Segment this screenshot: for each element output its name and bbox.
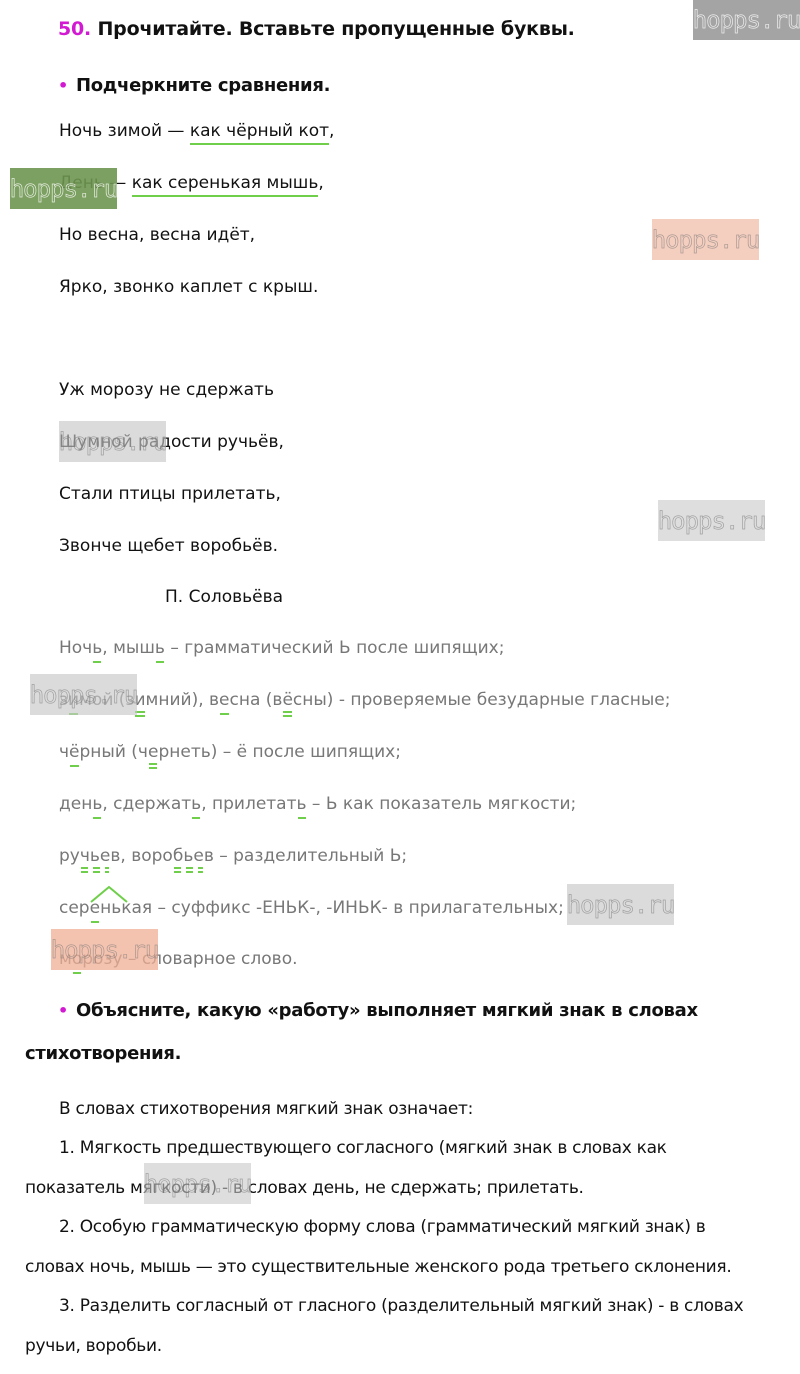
- note-text: в – разделительный Ь;: [204, 846, 407, 866]
- note-text: сны) - проверяемые безударные гласные;: [293, 690, 671, 710]
- exercise-title: 50. Прочитайте. Вставьте пропущенные бук…: [58, 18, 575, 40]
- poem-line: Ярко, звонко каплет с крыш.: [59, 277, 318, 297]
- answer-item-3-cont: ручьи, воробьи.: [25, 1336, 162, 1356]
- marked-letter-double: е: [148, 742, 158, 762]
- note-text: , прилетат: [201, 794, 296, 814]
- marked-letters-dashed: бье: [173, 846, 204, 866]
- exercise-instruction: Прочитайте. Вставьте пропущенные буквы.: [97, 18, 574, 40]
- answer-item-1-cont: показатель мягкости) - в словах день, не…: [25, 1178, 584, 1198]
- answer-item-3: 3. Разделить согласный от гласного (разд…: [59, 1296, 743, 1316]
- watermark: hopps.ru: [51, 929, 158, 970]
- watermark: hopps.ru: [567, 884, 674, 925]
- note-text: – грамматический Ь после шипящих;: [165, 638, 505, 658]
- comparison-underlined: как чёрный кот: [190, 121, 329, 145]
- answer-intro: В словах стихотворения мягкий знак означ…: [59, 1099, 473, 1119]
- comparison-underlined: как серенькая мышь: [132, 173, 319, 197]
- task-text: Объясните, какую «работу» выполняет мягк…: [76, 1000, 698, 1021]
- note-text: , сдержат: [102, 794, 191, 814]
- note-text: ч: [59, 742, 69, 762]
- note-text: – суффикс -ЕНЬК-, -ИНЬК- в прилагательны…: [152, 898, 564, 918]
- task-underline-comparisons: •Подчеркните сравнения.: [58, 75, 330, 96]
- note-text: нькая: [100, 898, 152, 918]
- marked-letter: ь: [297, 794, 307, 814]
- poem-punct: ,: [318, 173, 323, 193]
- note-text: , мыш: [102, 638, 155, 658]
- bullet-icon: •: [58, 76, 68, 95]
- watermark: hopps.ru: [658, 500, 765, 541]
- note-text: сна (в: [230, 690, 283, 710]
- grammar-note: чёрный (чернеть) – ё после шипящих;: [59, 742, 401, 762]
- exercise-number: 50.: [58, 18, 91, 40]
- poem-line: Звонче щебет воробьёв.: [59, 536, 278, 556]
- poem-line: Но весна, весна идёт,: [59, 225, 255, 245]
- watermark: hopps.ru: [59, 421, 166, 462]
- marked-letter: ь: [92, 794, 102, 814]
- task-text-continued: стихотворения.: [25, 1043, 181, 1064]
- watermark: hopps.ru: [10, 168, 117, 209]
- note-text: сер: [59, 898, 90, 918]
- marked-letter: е: [219, 690, 229, 710]
- note-text: в, воро: [110, 846, 172, 866]
- note-text: Ноч: [59, 638, 92, 658]
- task-text: Подчеркните сравнения.: [76, 75, 330, 96]
- note-text: мний), в: [146, 690, 220, 710]
- note-text: рный (ч: [80, 742, 148, 762]
- grammar-note: день, сдержать, прилетать – Ь как показа…: [59, 794, 576, 814]
- watermark: hopps.ru: [693, 0, 800, 40]
- answer-item-2-cont: словах ночь, мышь — это существительные …: [25, 1257, 731, 1277]
- note-text: – Ь как показатель мягкости;: [307, 794, 577, 814]
- watermark: hopps.ru: [144, 1163, 251, 1204]
- grammar-note: зимой (зимний), весна (вёсны) - проверяе…: [59, 690, 670, 710]
- watermark: hopps.ru: [652, 219, 759, 260]
- poem-line: Уж морозу не сдержать: [59, 380, 274, 400]
- marked-letter: ь: [92, 638, 102, 658]
- note-text: ден: [59, 794, 92, 814]
- grammar-note: ручьев, воробьев – разделительный Ь;: [59, 846, 407, 866]
- poem-author: П. Соловьёва: [165, 587, 283, 607]
- grammar-note: серенькая – суффикс -ЕНЬК-, -ИНЬК- в при…: [59, 898, 564, 918]
- poem-line: Ночь зимой — как чёрный кот,: [59, 121, 334, 141]
- note-text: ру: [59, 846, 80, 866]
- poem-punct: ,: [329, 121, 334, 141]
- answer-item-2: 2. Особую грамматическую форму слова (гр…: [59, 1217, 706, 1237]
- marked-letter-double: ё: [282, 690, 292, 710]
- marked-letter: ь: [191, 794, 201, 814]
- grammar-note: Ночь, мышь – грамматический Ь после шипя…: [59, 638, 504, 658]
- note-text: рнеть) – ё после шипящих;: [158, 742, 400, 762]
- answer-item-1: 1. Мягкость предшествующего согласного (…: [59, 1138, 667, 1158]
- watermark: hopps.ru: [30, 674, 137, 715]
- marked-letters-dashed: чье: [80, 846, 111, 866]
- bullet-icon: •: [58, 1001, 68, 1020]
- marked-letter: ь: [155, 638, 165, 658]
- task-explain-soft-sign: •Объясните, какую «работу» выполняет мяг…: [58, 1000, 698, 1021]
- marked-letter: е: [90, 898, 100, 918]
- marked-letter: ё: [69, 742, 79, 762]
- poem-line: Стали птицы прилетать,: [59, 484, 281, 504]
- poem-text: Ночь зимой —: [59, 121, 190, 141]
